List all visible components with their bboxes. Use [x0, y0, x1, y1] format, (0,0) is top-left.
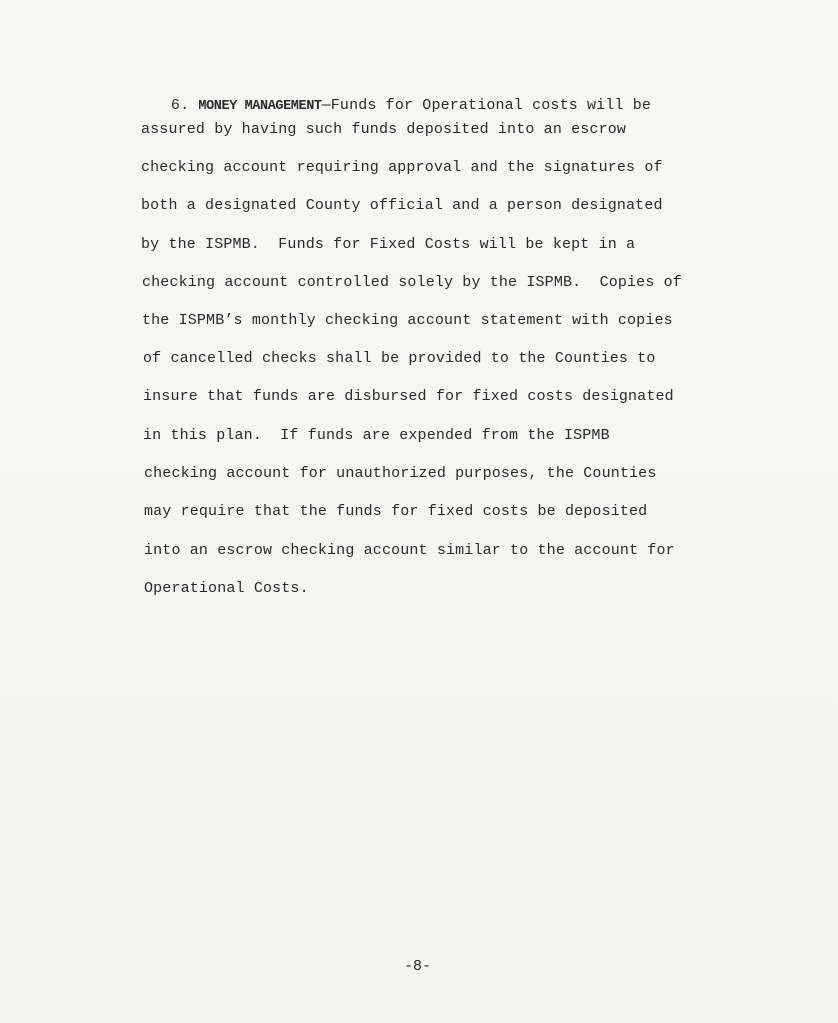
body-line: checking account controlled solely by th…: [142, 273, 682, 293]
body-line: Operational Costs.: [144, 579, 309, 599]
body-line: checking account requiring approval and …: [141, 158, 663, 178]
body-line: checking account for unauthorized purpos…: [144, 464, 656, 484]
body-line: may require that the funds for fixed cos…: [144, 502, 647, 522]
body-line: both a designated County official and a …: [141, 196, 663, 216]
body-line: in this plan. If funds are expended from…: [143, 426, 610, 446]
body-line: assured by having such funds deposited i…: [141, 120, 626, 140]
body-line: into an escrow checking account similar …: [144, 541, 675, 561]
body-line: the ISPMB’s monthly checking account sta…: [142, 311, 673, 331]
body-line: of cancelled checks shall be provided to…: [143, 349, 655, 369]
section-number: 6.: [171, 97, 189, 114]
body-line: by the ISPMB. Funds for Fixed Costs will…: [141, 235, 635, 255]
section-title: MONEY MANAGEMENT: [198, 99, 321, 114]
section-first-line-text: —Funds for Operational costs will be: [322, 97, 651, 114]
document-page: 6. MONEY MANAGEMENT—Funds for Operationa…: [0, 0, 838, 1023]
body-line: insure that funds are disbursed for fixe…: [143, 387, 674, 407]
page-number: -8-: [404, 958, 431, 975]
